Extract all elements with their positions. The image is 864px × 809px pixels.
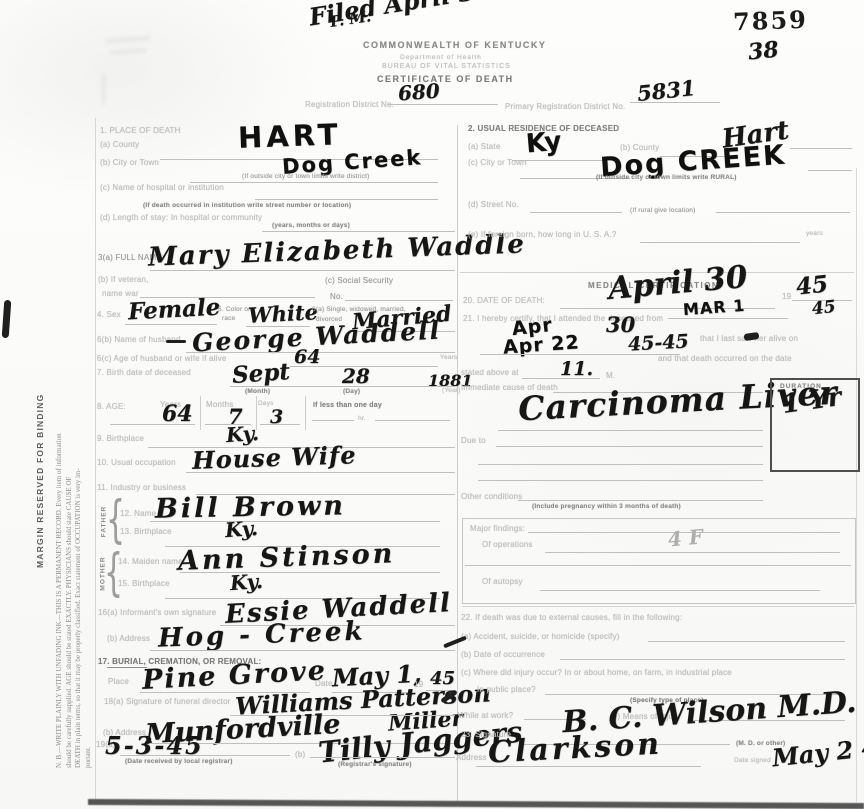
rule-line — [808, 170, 852, 171]
rule-line — [125, 324, 217, 325]
stay-note: (years, months or days) — [272, 222, 350, 229]
last-saw-years: 45-45 — [628, 332, 690, 354]
autopsy-label: Of autopsy — [482, 577, 523, 586]
rule-line — [648, 641, 845, 642]
age-label: 8. AGE: — [97, 402, 126, 411]
other-conditions-label: Other conditions — [461, 492, 522, 501]
residence-years-label: years — [806, 230, 823, 237]
spouse-age-value: 64 — [294, 348, 320, 367]
hospital-note: (If death occurred in institution write … — [143, 202, 351, 209]
scan-edge-band — [88, 799, 864, 809]
date-of-death-label: 20. DATE OF DEATH: — [463, 296, 545, 305]
section-divider-line — [462, 606, 854, 607]
faint-stamp-mark — [110, 49, 146, 55]
birth-day-caption: (Day) — [343, 388, 360, 395]
rule-line — [540, 590, 820, 591]
rule-line — [630, 102, 720, 103]
operations-value: 4 F — [667, 527, 704, 550]
spouse-age-label: 6(c) Age of husband or wife if alive — [97, 354, 227, 363]
father-brace: { — [106, 491, 125, 551]
rule-line — [478, 480, 763, 481]
rule-line — [260, 424, 300, 425]
rule-line — [150, 521, 440, 522]
filed-note-pm: P. M. — [329, 9, 372, 30]
age-less-label: If less than one day — [313, 402, 382, 409]
rule-line — [150, 650, 455, 651]
margin-note-line1: N. B.—WRITE PLAINLY WITH UNFADING INK—TH… — [55, 168, 65, 768]
funeral-director-label: 18(a) Signature of funeral director — [104, 697, 231, 706]
spouse-age-unit: Years — [440, 354, 457, 361]
other-conditions-note: (Include pregnancy within 3 months of de… — [532, 503, 681, 510]
father-birthplace-value: Ky. — [224, 518, 258, 540]
occupation-value: House Wife — [192, 443, 357, 473]
residence-city-note: (If outside city or town limits write RU… — [596, 174, 737, 181]
findings-label: Major findings: — [470, 524, 525, 533]
external-section-label: 22. If death was due to external causes,… — [461, 613, 682, 622]
burial-place-label: Place — [108, 677, 129, 686]
reg-district-label: Registration District No. — [305, 100, 394, 109]
residence-foreign-label: (e) If foreign born, how long in U. S. A… — [468, 230, 616, 239]
veteran-label: (b) If veteran, — [98, 275, 149, 284]
date-received-caption: (Date received by local registrar) — [125, 758, 233, 765]
informant-address-label: (b) Address — [107, 634, 150, 643]
residence-city-label: (c) City or Town — [468, 158, 527, 167]
rule-line — [522, 378, 600, 379]
rule-line — [312, 420, 354, 421]
sex-value: Female — [127, 296, 220, 324]
birthplace-value: Ky. — [225, 423, 259, 445]
rule-line — [150, 270, 455, 271]
external-b-label: (b) Date of occurrence — [461, 650, 545, 659]
rule-line — [180, 572, 440, 573]
certify-to-day: 30 — [606, 314, 635, 335]
rule-line — [545, 552, 840, 553]
year-prefix-printed: 19 — [782, 292, 791, 301]
rule-line — [375, 420, 450, 421]
mother-birthplace-label: 15. Birthplace — [118, 579, 170, 588]
reg-district-value: 680 — [397, 81, 440, 104]
place-of-death-label: 1. PLACE OF DEATH — [100, 126, 181, 135]
meridiem-label: M. — [606, 371, 615, 380]
county-value: HART — [238, 120, 342, 153]
rule-line — [640, 242, 800, 243]
rule-line — [518, 500, 763, 501]
external-a-label: (a) Accident, suicide, or homicide (spec… — [461, 632, 620, 641]
rule-line — [120, 755, 290, 756]
birth-month-value: Sept — [231, 360, 290, 387]
registrar-signature-caption: (Registrar's signature) — [338, 761, 412, 768]
mother-name-value: Ann Stinson — [178, 540, 396, 575]
birth-year-caption: (Year) — [442, 387, 461, 394]
rule-line — [530, 212, 622, 213]
operations-label: Of operations — [482, 540, 533, 549]
hour-of-death-value: 11. — [560, 360, 593, 379]
birth-month-caption: (Month) — [245, 388, 270, 395]
external-c-label2: In public place? — [477, 685, 536, 694]
stray-ink-mark — [443, 636, 467, 649]
mother-birthplace-value: Ky. — [229, 571, 263, 593]
informant-signature-label: 16(a) Informant's own signature — [98, 608, 216, 617]
duration-value: 1 Yr — [780, 384, 842, 418]
header-commonwealth: COMMONWEALTH OF KENTUCKY — [363, 40, 546, 50]
rule-line — [496, 446, 763, 447]
death-certificate-scan: MARGIN RESERVED FOR BINDING N. B.—WRITE … — [0, 0, 864, 809]
mother-brace: { — [104, 544, 123, 604]
date-of-death-year: 45 — [795, 272, 829, 298]
physician-address-value: Clarkson — [487, 729, 662, 768]
color-label: 5. Color or — [218, 306, 251, 313]
father-name-label: 12. Name — [120, 509, 156, 518]
rule-line — [478, 464, 763, 465]
due-to-label: Due to — [461, 436, 486, 445]
ssn-label2: No. — [330, 292, 343, 301]
residence-street-note: (If rural give location) — [630, 207, 696, 214]
margin-binding-text: MARGIN RESERVED FOR BINDING — [35, 394, 45, 568]
rule-line — [230, 386, 455, 387]
primary-district-label: Primary Registration District No. — [505, 102, 625, 111]
header-bureau: BUREAU OF VITAL STATISTICS — [382, 63, 511, 70]
city-note: (If outside city or town limits write di… — [242, 173, 370, 180]
duration-box: DURATION 1 Yr — [770, 378, 860, 472]
rule-line — [110, 424, 195, 425]
rule-line — [186, 352, 455, 353]
age-years-value: 64 — [162, 403, 193, 425]
residence-state-label: (a) State — [468, 142, 500, 151]
mother-name-label: 14. Maiden name — [118, 557, 183, 566]
stay-label: (d) Length of stay: In hospital or commu… — [100, 213, 262, 222]
faint-stamp-mark — [102, 74, 105, 104]
city-label: (b) City or Town — [100, 158, 159, 167]
primary-district-value: 5831 — [636, 77, 696, 104]
margin-note-line2: should be carefully supplied. AGE should… — [65, 168, 75, 768]
registrar-label-b: (b) — [295, 750, 305, 759]
rule-line — [790, 148, 852, 149]
page-number: 38 — [747, 38, 780, 63]
margin-note-line4: portant. — [84, 168, 94, 768]
external-c-label: (c) Where did injury occur? In or about … — [461, 668, 732, 677]
rule-line — [262, 231, 455, 232]
stray-ink-mark — [2, 300, 12, 338]
birth-day-value: 28 — [342, 366, 370, 386]
rule-line — [668, 318, 788, 319]
veteran-label2: name war — [102, 289, 139, 298]
hospital-label: (c) Name of hospital or institution — [100, 183, 224, 192]
form-left-border — [95, 118, 96, 802]
header-department: Department of Health — [400, 54, 482, 61]
rule-line — [480, 354, 680, 355]
color-label2: race — [222, 315, 235, 322]
rule-line — [560, 659, 845, 660]
age-less-unit: hr. — [358, 415, 366, 422]
rule-line — [255, 199, 438, 200]
margin-binding-note: MARGIN RESERVED FOR BINDING — [30, 268, 48, 568]
rule-line — [186, 472, 455, 473]
county-label: (a) County — [100, 140, 139, 149]
father-birthplace-label: 13. Birthplace — [120, 527, 172, 536]
rule-line — [388, 104, 498, 105]
age-column-divider — [200, 396, 201, 430]
residence-state-value: Ky — [525, 129, 563, 158]
faint-stamp — [100, 34, 158, 114]
rule-line — [465, 565, 851, 566]
rule-line — [190, 182, 438, 183]
birthplace-label: 9. Birthplace — [97, 434, 144, 443]
sex-label: 4. Sex — [97, 310, 121, 319]
margin-instructions: N. B.—WRITE PLAINLY WITH UNFADING INK—TH… — [55, 168, 93, 768]
rule-line — [476, 766, 701, 767]
date-signed-label: Date signed — [734, 757, 771, 764]
rule-line — [498, 430, 763, 431]
ssn-label: (c) Social Security — [325, 276, 393, 285]
stray-ink-mark — [166, 340, 186, 343]
while-at-work-label: While at work? — [458, 711, 513, 720]
attended-from-value: MAR 1 — [683, 298, 746, 318]
certify-line4: stated above at — [461, 368, 519, 377]
faint-stamp-mark — [106, 36, 150, 42]
certificate-number-stamp: 7859 — [733, 5, 809, 37]
attended-year-value: 45 — [811, 299, 836, 318]
rule-line — [310, 757, 455, 758]
certify-line3: and that death occurred on the date — [658, 354, 792, 363]
margin-note-line3: DEATH in plain terms, so that it may be … — [74, 168, 84, 768]
informant-address-value: Hog - Creek — [158, 618, 366, 651]
birth-date-label: 7. Birth date of deceased — [97, 368, 191, 377]
physician-address-label: Address — [456, 753, 487, 762]
rule-line — [716, 212, 850, 213]
age-column-divider — [305, 396, 306, 430]
residence-street-label: (d) Street No. — [468, 200, 519, 209]
occupation-label: 10. Usual occupation — [97, 458, 176, 467]
